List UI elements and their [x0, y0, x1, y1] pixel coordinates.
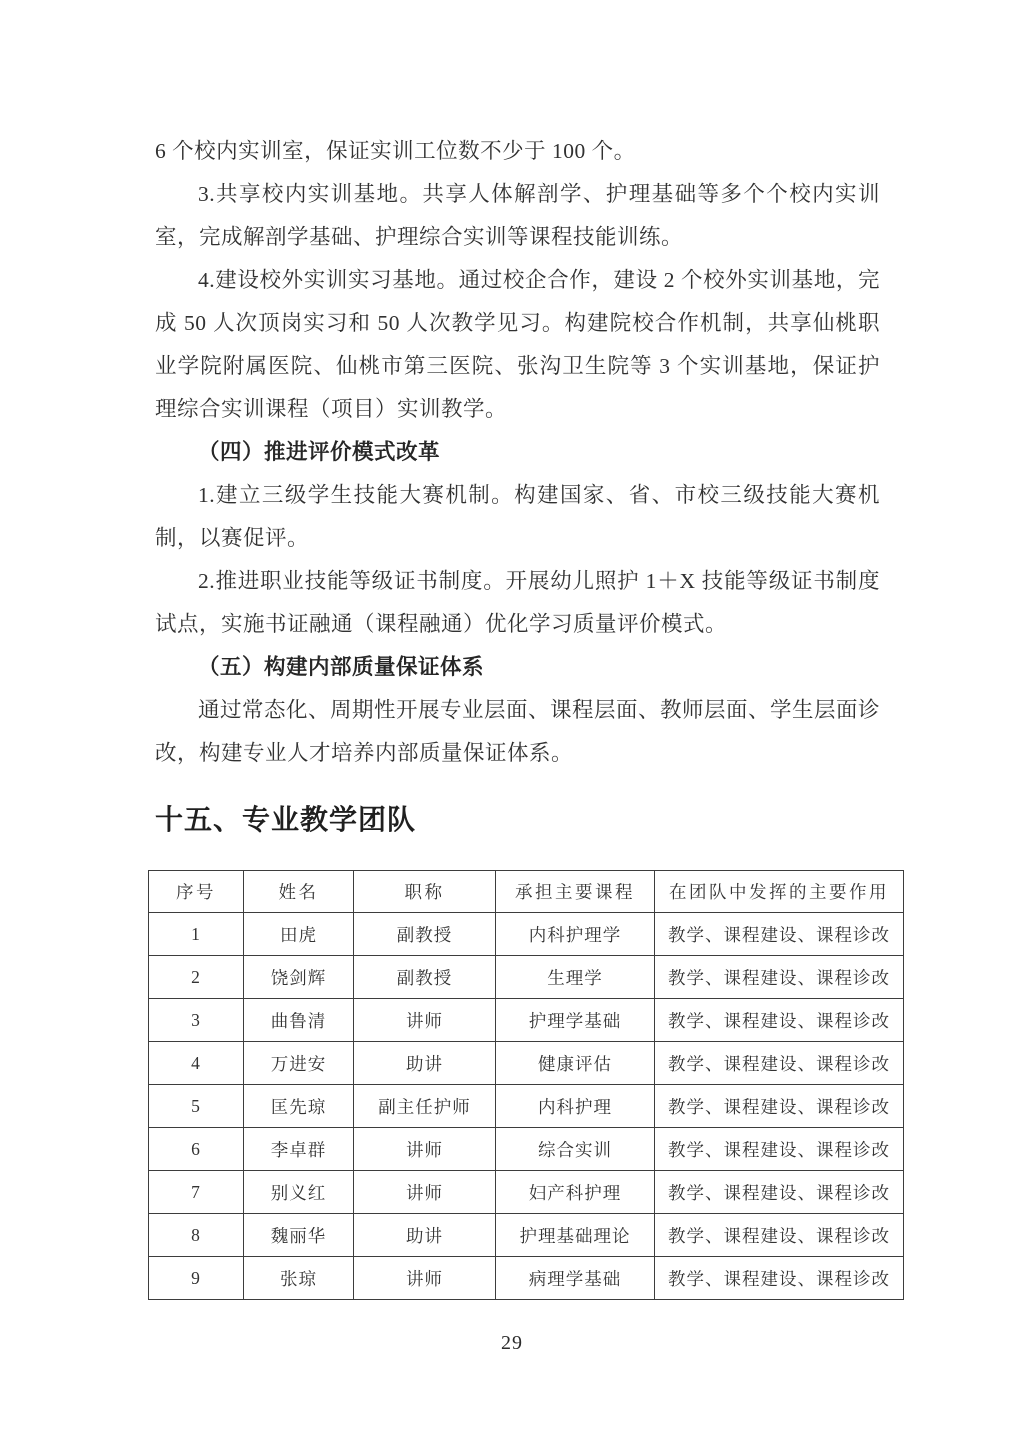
table-cell: 9	[149, 1257, 244, 1300]
table-row: 2饶剑辉副教授生理学教学、课程建设、课程诊改	[149, 956, 904, 999]
column-header: 在团队中发挥的主要作用	[655, 871, 904, 913]
table-cell: 生理学	[496, 956, 655, 999]
table-cell: 教学、课程建设、课程诊改	[655, 913, 904, 956]
table-cell: 教学、课程建设、课程诊改	[655, 1128, 904, 1171]
table-cell: 张琼	[244, 1257, 354, 1300]
table-cell: 护理学基础	[496, 999, 655, 1042]
table-row: 4万进安助讲健康评估教学、课程建设、课程诊改	[149, 1042, 904, 1085]
table-cell: 副主任护师	[354, 1085, 496, 1128]
table-cell: 护理基础理论	[496, 1214, 655, 1257]
body-paragraph: 1.建立三级学生技能大赛机制。构建国家、省、市校三级技能大赛机制，以赛促评。	[155, 474, 880, 560]
table-cell: 副教授	[354, 956, 496, 999]
table-row: 9张琼讲师病理学基础教学、课程建设、课程诊改	[149, 1257, 904, 1300]
body-paragraph: 2.推进职业技能等级证书制度。开展幼儿照护 1＋X 技能等级证书制度试点，实施书…	[155, 560, 880, 646]
column-header: 姓名	[244, 871, 354, 913]
teaching-team-table: 序号姓名职称承担主要课程在团队中发挥的主要作用 1田虎副教授内科护理学教学、课程…	[148, 870, 904, 1300]
table-cell: 讲师	[354, 1128, 496, 1171]
table-cell: 教学、课程建设、课程诊改	[655, 1257, 904, 1300]
table-row: 7别义红讲师妇产科护理教学、课程建设、课程诊改	[149, 1171, 904, 1214]
page-number: 29	[0, 1332, 1024, 1355]
table-cell: 2	[149, 956, 244, 999]
table-cell: 5	[149, 1085, 244, 1128]
table-cell: 讲师	[354, 1171, 496, 1214]
column-header: 序号	[149, 871, 244, 913]
sub-heading: （四）推进评价模式改革	[155, 431, 880, 474]
table-cell: 匡先琼	[244, 1085, 354, 1128]
table-cell: 1	[149, 913, 244, 956]
table-cell: 助讲	[354, 1214, 496, 1257]
table-cell: 曲鲁清	[244, 999, 354, 1042]
table-cell: 7	[149, 1171, 244, 1214]
table-cell: 内科护理学	[496, 913, 655, 956]
paragraph-container: 6 个校内实训室，保证实训工位数不少于 100 个。3.共享校内实训基地。共享人…	[155, 130, 880, 775]
table-cell: 综合实训	[496, 1128, 655, 1171]
table-row: 8魏丽华助讲护理基础理论教学、课程建设、课程诊改	[149, 1214, 904, 1257]
table-cell: 8	[149, 1214, 244, 1257]
table-cell: 病理学基础	[496, 1257, 655, 1300]
table-cell: 4	[149, 1042, 244, 1085]
table-cell: 教学、课程建设、课程诊改	[655, 1171, 904, 1214]
table-cell: 教学、课程建设、课程诊改	[655, 1085, 904, 1128]
table-cell: 饶剑辉	[244, 956, 354, 999]
table-cell: 副教授	[354, 913, 496, 956]
sub-heading: （五）构建内部质量保证体系	[155, 646, 880, 689]
table-cell: 讲师	[354, 1257, 496, 1300]
table-cell: 3	[149, 999, 244, 1042]
section-heading: 十五、专业教学团队	[155, 797, 880, 845]
body-paragraph: 6 个校内实训室，保证实训工位数不少于 100 个。	[155, 130, 880, 173]
table-row: 1田虎副教授内科护理学教学、课程建设、课程诊改	[149, 913, 904, 956]
table-cell: 教学、课程建设、课程诊改	[655, 1042, 904, 1085]
column-header: 职称	[354, 871, 496, 913]
table-body: 1田虎副教授内科护理学教学、课程建设、课程诊改2饶剑辉副教授生理学教学、课程建设…	[149, 913, 904, 1300]
table-row: 5匡先琼副主任护师内科护理教学、课程建设、课程诊改	[149, 1085, 904, 1128]
column-header: 承担主要课程	[496, 871, 655, 913]
table-row: 3曲鲁清讲师护理学基础教学、课程建设、课程诊改	[149, 999, 904, 1042]
table-cell: 教学、课程建设、课程诊改	[655, 999, 904, 1042]
table-cell: 魏丽华	[244, 1214, 354, 1257]
table-cell: 李卓群	[244, 1128, 354, 1171]
table-row: 6李卓群讲师综合实训教学、课程建设、课程诊改	[149, 1128, 904, 1171]
table-header-row: 序号姓名职称承担主要课程在团队中发挥的主要作用	[149, 871, 904, 913]
table-cell: 教学、课程建设、课程诊改	[655, 956, 904, 999]
table-cell: 6	[149, 1128, 244, 1171]
table-cell: 别义红	[244, 1171, 354, 1214]
table-cell: 内科护理	[496, 1085, 655, 1128]
table-cell: 助讲	[354, 1042, 496, 1085]
table-cell: 教学、课程建设、课程诊改	[655, 1214, 904, 1257]
document-page: 6 个校内实训室，保证实训工位数不少于 100 个。3.共享校内实训基地。共享人…	[0, 0, 1024, 1448]
table-cell: 妇产科护理	[496, 1171, 655, 1214]
table-cell: 田虎	[244, 913, 354, 956]
document-body: 6 个校内实训室，保证实训工位数不少于 100 个。3.共享校内实训基地。共享人…	[155, 130, 880, 1300]
table-cell: 健康评估	[496, 1042, 655, 1085]
body-paragraph: 4.建设校外实训实习基地。通过校企合作，建设 2 个校外实训基地，完成 50 人…	[155, 259, 880, 431]
teaching-team-table-wrap: 序号姓名职称承担主要课程在团队中发挥的主要作用 1田虎副教授内科护理学教学、课程…	[148, 870, 878, 1300]
body-paragraph: 3.共享校内实训基地。共享人体解剖学、护理基础等多个个校内实训室，完成解剖学基础…	[155, 173, 880, 259]
table-cell: 讲师	[354, 999, 496, 1042]
table-cell: 万进安	[244, 1042, 354, 1085]
body-paragraph: 通过常态化、周期性开展专业层面、课程层面、教师层面、学生层面诊改，构建专业人才培…	[155, 689, 880, 775]
